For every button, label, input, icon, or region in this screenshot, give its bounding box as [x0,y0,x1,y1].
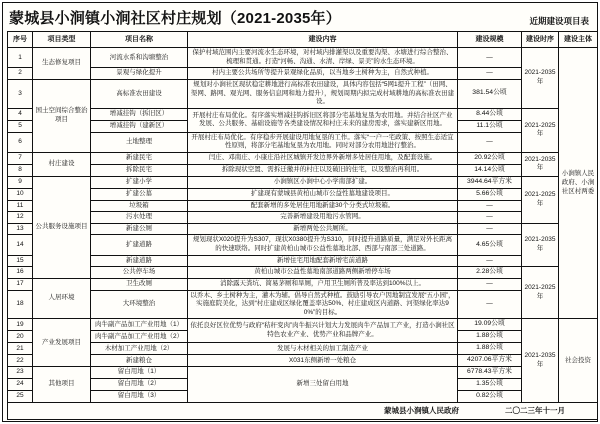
cell: 土地整理 [91,132,188,152]
header-row: 序号项目类型项目名称建设内容建设规模建设时序建设主体 [8,32,598,48]
table-row: 21木材加工产业用地（2）发展与木材相关的加工制造产业1.88公顷 [8,343,598,355]
cell: 2021-2025年 [522,267,559,319]
cell: 1.88公顷 [458,331,522,343]
row-number-cell: 11 [8,200,33,212]
cell: 河流水系和沟塘整治 [91,48,188,68]
cell: 2.28公顷 [458,267,522,279]
table-row: 19产业发展项目肉牛副产品加工产业用地（1）依托良好区位优势与政府“秸秆变肉”肉… [8,319,598,331]
row-number-cell: 14 [8,235,33,255]
cell: 新增两处公共厕所。 [188,223,458,235]
cell: 景观与绿化提升 [91,68,188,80]
cell: — [458,255,522,267]
cell: 配套新增的多处居住用地新建30个分类式垃圾箱。 [188,200,458,212]
table-row: 9公共服务设施项目扩建小学小涧镇区小涧中心小学南部扩建。3944.64平方米20… [8,176,598,188]
cell: 生态修复项目 [33,48,91,80]
column-header: 项目名称 [91,32,188,48]
cell: 消除露天粪坑、简易茅厕和旱厕，户用卫生厕所普及率达到100%以上。 [188,279,458,291]
cell: 发展与木材相关的加工制造产业 [188,343,458,355]
column-header: 建设规模 [458,32,522,48]
cell: 5.66公顷 [458,188,522,200]
cell: 小涧镇人民政府、小涧社区村两委 [559,48,598,319]
cell: 增减挂钩（拆旧区） [91,108,188,120]
footer-flex: 蒙城县小涧镇人民政府 二〇二三年十一月 [12,406,593,416]
cell: 高标准农田建设 [91,79,188,108]
cell: — [458,132,522,152]
cell: 19.09公顷 [458,319,522,331]
row-number-cell: 13 [8,223,33,235]
cell: 2021-2035年 [522,319,559,403]
cell: 留白用地（2） [91,379,188,391]
cell: 2021-2025年 [522,176,559,223]
cell: 扩建小学 [91,176,188,188]
row-number-cell: 6 [8,132,33,152]
cell: — [458,279,522,291]
cell: 新建道路 [91,255,188,267]
cell: 2021-2035年 [522,223,559,266]
row-number-cell: 15 [8,255,33,267]
cell: 增减挂钩（建新区） [91,120,188,132]
table-label: 近期建设项目表 [529,15,591,28]
cell: 0.82公顷 [458,391,522,403]
cell: — [458,48,522,68]
title-row: 蒙城县小涧镇小涧社区村庄规划（2021-2035年） 近期建设项目表 [7,5,593,31]
cell: 14.14公顷 [458,164,522,176]
cell: 肉牛副产品加工产业用地（1） [91,319,188,331]
table-row: 13新建公厕新增两处公共厕所。—2021-2035年 [8,223,598,235]
cell: 1.88公顷 [458,343,522,355]
cell: 垃圾箱 [91,200,188,212]
cell: 拆除民宅 [91,164,188,176]
table-row: 2景观与绿化提升村内主要公共场所等提升景观绿化品质，以当地乡土树种为主，自然式种… [8,68,598,80]
table-row: 11垃圾箱配套新增的多处居住用地新建30个分类式垃圾箱。— [8,200,598,212]
table-row: 3国土空间综合整治项目高标准农田建设规划对小涧社区现状稳定耕地进行高标准农田建设… [8,79,598,108]
footer-issuer: 蒙城县小涧镇人民政府 [384,406,459,416]
cell: 6778.43平方米 [458,367,522,379]
row-number-cell: 22 [8,355,33,367]
table-row: 12污水处理完善新增建设用地污水管网。— [8,212,598,224]
row-number-cell: 19 [8,319,33,331]
cell: 村内主要公共场所等提升景观绿化品质，以当地乡土树种为主，自然式种植。 [188,68,458,80]
footer-date: 二〇二三年十一月 [505,406,565,416]
row-number-cell: 23 [8,367,33,379]
footer-cell: 蒙城县小涧镇人民政府 二〇二三年十一月 [8,403,598,420]
row-number-cell: 17 [8,279,33,291]
table-row: 15新建道路新增住宅用地配套新增宅前道路— [8,255,598,267]
cell: 11.1公顷 [458,120,522,132]
row-number-cell: 4 [8,108,33,120]
table-row: 4增减挂钩（拆旧区）开展村庄布局优化。有序落实增减挂钩拆旧区将部分宅基地复垦为农… [8,108,598,120]
cell: 公共服务设施项目 [33,176,91,278]
cell: 依托良好区位优势与政府“秸秆变肉”肉牛振兴计划大力发展肉牛产品加工产业，打造小涧… [188,319,458,343]
project-table: 序号项目类型项目名称建设内容建设规模建设时序建设主体 1生态修复项目河流水系和沟… [7,31,598,420]
cell: 小涧镇区小涧中心小学南部扩建。 [188,176,458,188]
cell: — [458,68,522,80]
cell: 闫庄、邓南庄、小康庄沿社区城镇开发边界外新增多处居住用地，及配套设施。 [188,152,458,164]
cell: 人居环境 [33,279,91,319]
cell: 卫生改厕 [91,279,188,291]
cell: 公共停车场 [91,267,188,279]
cell: 4.65公顷 [458,235,522,255]
cell: 20.92公顷 [458,152,522,164]
cell: 开展村庄布局优化。有序落实增减挂钩拆旧区将部分宅基地复垦为农用地。并结合社区产业… [188,108,458,132]
cell: 规划现状X020提升为S307，现状X0380提升为S310，同时提升道路质量，… [188,235,458,255]
cell: 新增三处留白用地 [188,367,458,403]
row-number-cell: 12 [8,212,33,224]
cell: 保护村域范围内主要河流水生态环境，对村域内排灌渠以及重要沟渠、水塘进行综合整治、… [188,48,458,68]
row-number-cell: 18 [8,290,33,319]
row-number-cell: 25 [8,391,33,403]
row-number-cell: 21 [8,343,33,355]
cell: 国土空间综合整治项目 [33,79,91,152]
cell: 其他项目 [33,367,91,403]
document-page: 蒙城县小涧镇小涧社区村庄规划（2021-2035年） 近期建设项目表 序号项目类… [2,2,598,422]
cell: 开展村庄布局优化。有序稳步开展建设用地复垦的工作。落实“一户一宅政策、按照生态适… [188,132,458,152]
cell: — [458,223,522,235]
cell: 2021-2035年 [522,152,559,176]
column-header: 建设主体 [559,32,598,48]
table-row: 7村庄建设新建民宅闫庄、邓南庄、小康庄沿社区城镇开发边界外新增多处居住用地，及配… [8,152,598,164]
table-row: 16公共停车场黄柏山城市公益性墓地南部道路两侧新增停车场2.28公顷2021-2… [8,267,598,279]
cell: 拆除现状空置、需拆迁撤并的村庄以及破旧的住宅，以及整治再利用。 [188,164,458,176]
column-header: 项目类型 [33,32,91,48]
table-row: 14扩建道路规划现状X020提升为S307，现状X0380提升为S310，同时提… [8,235,598,255]
cell: 新增住宅用地配套新增宅前道路 [188,255,458,267]
cell: 1.35公顷 [458,379,522,391]
row-number-cell: 5 [8,120,33,132]
column-header: 建设内容 [188,32,458,48]
cell: 3944.64平方米 [458,176,522,188]
row-number-cell: 7 [8,152,33,164]
cell: 村庄建设 [33,152,91,176]
table-row: 18大环境整治以乔木、乡土树种为主，灌木为辅。倡导自然式种植。鼓励引导农户因地制… [8,290,598,319]
cell: 完善新增建设用地污水管网。 [188,212,458,224]
cell: — [458,212,522,224]
cell: 污水处理 [91,212,188,224]
row-number-cell: 16 [8,267,33,279]
row-number-cell: 8 [8,164,33,176]
cell: 新建公厕 [91,223,188,235]
table-row: 6土地整理开展村庄布局优化。有序稳步开展建设用地复垦的工作。落实“一户一宅政策、… [8,132,598,152]
footer-row: 蒙城县小涧镇人民政府 二〇二三年十一月 [8,403,598,420]
cell: 黄柏山城市公益性墓地南部道路两侧新增停车场 [188,267,458,279]
table-row: 22新建粮仓X031东侧新增一处粮仓4207.06平方米 [8,355,598,367]
row-number-cell: 1 [8,48,33,68]
cell: 木材加工产业用地（2） [91,343,188,355]
cell: 留白用地（1） [91,367,188,379]
row-number-cell: 2 [8,68,33,80]
cell: 规划对小涧社区现状稳定耕地进行高标准农田建设，具体内容包括“5网1提升工程”（田… [188,79,458,108]
table-row: 8拆除民宅拆除现状空置、需拆迁撤并的村庄以及破旧的住宅，以及整治再利用。14.1… [8,164,598,176]
page-title: 蒙城县小涧镇小涧社区村庄规划（2021-2035年） [9,7,341,28]
table-row: 10扩建公墓扩建现有蒙城县黄柏山城市公益性墓地建设项目。5.66公顷 [8,188,598,200]
cell: 扩建道路 [91,235,188,255]
cell: 社会投资 [559,319,598,403]
cell: 大环境整治 [91,290,188,319]
cell: 扩建现有蒙城县黄柏山城市公益性墓地建设项目。 [188,188,458,200]
row-number-cell: 9 [8,176,33,188]
row-number-cell: 24 [8,379,33,391]
table-row: 1生态修复项目河流水系和沟塘整治保护村域范围内主要河流水生态环境，对村域内排灌渠… [8,48,598,68]
cell: 扩建公墓 [91,188,188,200]
cell: — [458,290,522,319]
table-row: 17人居环境卫生改厕消除露天粪坑、简易茅厕和旱厕，户用卫生厕所普及率达到100%… [8,279,598,291]
column-header: 序号 [8,32,33,48]
cell: 产业发展项目 [33,319,91,367]
cell: 新建粮仓 [91,355,188,367]
cell: 新建民宅 [91,152,188,164]
cell: X031东侧新增一处粮仓 [188,355,458,367]
cell: — [458,200,522,212]
cell: 2021-2035年 [522,48,559,108]
column-header: 建设时序 [522,32,559,48]
cell: 4207.06平方米 [458,355,522,367]
cell: 8.44公顷 [458,108,522,120]
cell: 肉牛副产品加工产业用地（2） [91,331,188,343]
table-row: 23其他项目留白用地（1）新增三处留白用地6778.43平方米 [8,367,598,379]
cell: 留白用地（3） [91,391,188,403]
row-number-cell: 20 [8,331,33,343]
row-number-cell: 10 [8,188,33,200]
cell: 2021-2025年 [522,108,559,152]
cell: 以乔木、乡土树种为主，灌木为辅。倡导自然式种植。鼓励引导农户因地制宜发展“五小园… [188,290,458,319]
cell: 381.54公顷 [458,79,522,108]
row-number-cell: 3 [8,79,33,108]
